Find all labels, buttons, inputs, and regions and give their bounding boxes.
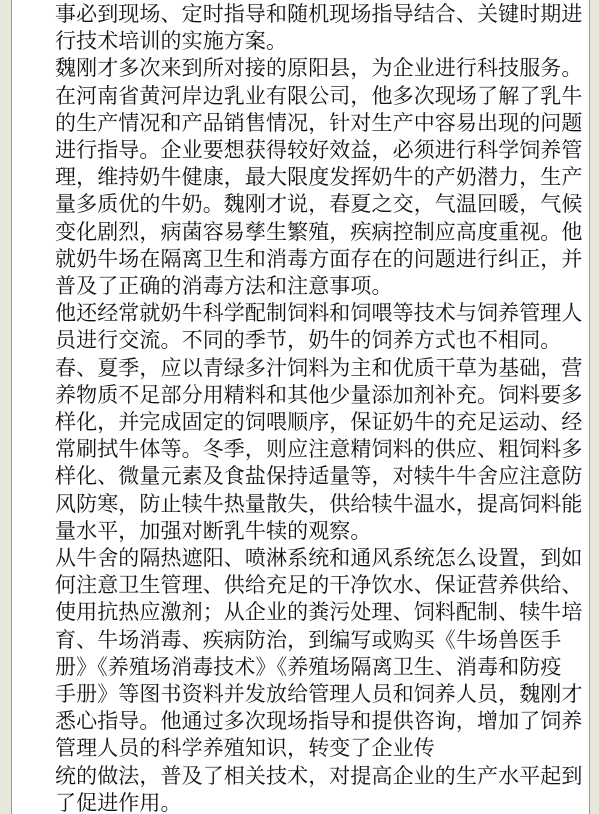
document-page: 事必到现场、定时指导和随机现场指导结合、关键时期进行技术培训的实施方案。魏刚才多…	[12, 0, 589, 814]
page-left-margin	[0, 0, 12, 814]
text-line: 手册》等图书资料并发放给管理人员和饲养人员，魏刚才	[55, 681, 583, 708]
text-line: 样化、微量元素及食盐保持适量等，对犊牛牛舍应注意防	[55, 463, 583, 490]
text-line: 常刷拭牛体等。冬季，则应注意精饲料的供应、粗饲料多	[55, 436, 583, 463]
text-line: 何注意卫生管理、供给充足的干净饮水、保证营养供给、	[55, 572, 583, 599]
text-line: 悉心指导。他通过多次现场指导和提供咨询，增加了饲养	[55, 708, 583, 735]
text-line: 育、牛场消毒、疾病防治，到编写或购买《牛场兽医手	[55, 627, 583, 654]
text-line: 样化，并完成固定的饲喂顺序，保证奶牛的充足运动、经	[55, 409, 583, 436]
text-line: 从牛舍的隔热遮阳、喷淋系统和通风系统怎么设置，到如	[55, 545, 583, 572]
text-line: 春、夏季，应以青绿多汁饲料为主和优质干草为基础，营	[55, 355, 583, 382]
text-line: 事必到现场、定时指导和随机现场指导结合、关键时期进	[55, 1, 583, 28]
text-line: 员进行交流。不同的季节，奶牛的饲养方式也不相同。	[55, 327, 583, 354]
text-line: 量水平，加强对断乳牛犊的观察。	[55, 518, 583, 545]
document-viewport: 事必到现场、定时指导和随机现场指导结合、关键时期进行技术培训的实施方案。魏刚才多…	[0, 0, 599, 814]
text-line: 魏刚才多次来到所对接的原阳县，为企业进行科技服务。	[55, 55, 583, 82]
text-line: 使用抗热应激剂；从企业的粪污处理、饲料配制、犊牛培	[55, 599, 583, 626]
text-line: 理，维持奶牛健康，最大限度发挥奶牛的产奶潜力，生产	[55, 164, 583, 191]
text-line: 他还经常就奶牛科学配制饲料和饲喂等技术与饲养管理人	[55, 300, 583, 327]
text-line: 的生产情况和产品销售情况，针对生产中容易出现的问题	[55, 110, 583, 137]
text-line: 在河南省黄河岸边乳业有限公司，他多次现场了解了乳牛	[55, 83, 583, 110]
text-line: 统的做法，普及了相关技术，对提高企业的生产水平起到	[55, 763, 583, 790]
text-line: 养物质不足部分用精料和其他少量添加剂补充。饲料要多	[55, 382, 583, 409]
text-line: 风防寒，防止犊牛热量散失，供给犊牛温水，提高饲料能	[55, 491, 583, 518]
text-line: 量多质优的牛奶。魏刚才说，春夏之交，气温回暖，气候	[55, 191, 583, 218]
text-line: 进行指导。企业要想获得较好效益，必须进行科学饲养管	[55, 137, 583, 164]
page-right-margin	[589, 0, 599, 814]
text-line: 册》《养殖场消毒技术》《养殖场隔离卫生、消毒和防疫	[55, 654, 583, 681]
text-content: 事必到现场、定时指导和随机现场指导结合、关键时期进行技术培训的实施方案。魏刚才多…	[55, 1, 583, 814]
text-line: 普及了正确的消毒方法和注意事项。	[55, 273, 583, 300]
text-line: 行技术培训的实施方案。	[55, 28, 583, 55]
text-line: 变化剧烈，病菌容易孳生繁殖，疾病控制应高度重视。他	[55, 219, 583, 246]
text-line: 了促进作用。	[55, 790, 583, 814]
text-line: 管理人员的科学养殖知识，转变了企业传	[55, 735, 583, 762]
text-line: 就奶牛场在隔离卫生和消毒方面存在的问题进行纠正，并	[55, 246, 583, 273]
